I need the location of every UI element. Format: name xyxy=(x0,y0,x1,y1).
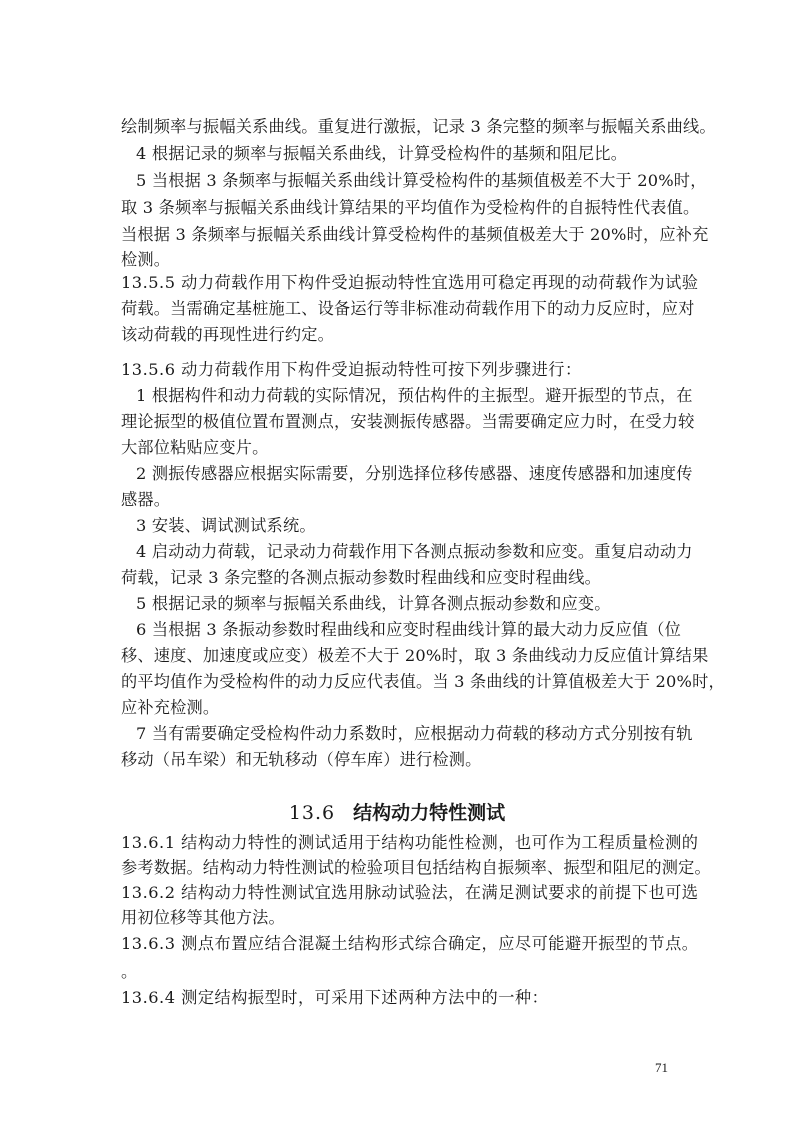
list-item-2: 2 测振传感器应根据实际需要，分别选择位移传感器、速度传感器和加速度传 xyxy=(136,464,696,484)
list-item-5: 5 当根据 3 条频率与振幅关系曲线计算受检构件的基频值极差不大于 20%时， xyxy=(136,171,696,191)
section-number: 13.6 xyxy=(289,802,335,824)
clause-13-6-3: 13.6.3 测点布置应结合混凝土结构形式综合确定，应尽可能避开振型的节点。 xyxy=(121,934,681,954)
document-page: 绘制频率与振幅关系曲线。重复进行激振，记录 3 条完整的频率与振幅关系曲线。 4… xyxy=(0,0,794,1123)
stray-punctuation: 。 xyxy=(121,962,681,982)
paragraph-line: 参考数据。结构动力特性测试的检验项目包括结构自振频率、振型和阻尼的测定。 xyxy=(121,858,681,878)
paragraph-line: 感器。 xyxy=(121,490,681,510)
section-heading: 13.6结构动力特性测试 xyxy=(0,801,794,825)
list-item-6: 6 当根据 3 条振动参数时程曲线和应变时程曲线计算的最大动力反应值（位 xyxy=(136,620,696,640)
list-item-4: 4 根据记录的频率与振幅关系曲线，计算受检构件的基频和阻尼比。 xyxy=(136,144,696,164)
paragraph-line: 荷载。当需确定基桩施工、设备运行等非标准动荷载作用下的动力反应时，应对 xyxy=(121,299,681,319)
list-item-3: 3 安装、调试测试系统。 xyxy=(136,516,696,536)
paragraph-line: 该动荷载的再现性进行约定。 xyxy=(121,325,681,345)
page-number: 71 xyxy=(655,1060,668,1076)
paragraph-line: 移动（吊车梁）和无轨移动（停车库）进行检测。 xyxy=(121,750,681,770)
paragraph-line: 绘制频率与振幅关系曲线。重复进行激振，记录 3 条完整的频率与振幅关系曲线。 xyxy=(121,117,681,137)
clause-13-5-5: 13.5.5 动力荷载作用下构件受迫振动特性宜选用可稳定再现的动荷载作为试验 xyxy=(121,273,681,293)
clause-13-6-1: 13.6.1 结构动力特性的测试适用于结构功能性检测，也可作为工程质量检测的 xyxy=(121,833,681,853)
list-item-4: 4 启动动力荷载，记录动力荷载作用下各测点振动参数和应变。重复启动动力 xyxy=(136,542,696,562)
paragraph-line: 理论振型的极值位置布置测点，安装测振传感器。当需要确定应力时，在受力较 xyxy=(121,412,681,432)
paragraph-line: 大部位粘贴应变片。 xyxy=(121,438,681,458)
section-title: 结构动力特性测试 xyxy=(353,802,505,824)
list-item-7: 7 当有需要确定受检构件动力系数时，应根据动力荷载的移动方式分别按有轨 xyxy=(136,724,696,744)
paragraph-line: 移、速度、加速度或应变）极差不大于 20%时，取 3 条曲线动力反应值计算结果 xyxy=(121,646,681,666)
list-item-1: 1 根据构件和动力荷载的实际情况，预估构件的主振型。避开振型的节点，在 xyxy=(136,386,696,406)
paragraph-line: 用初位移等其他方法。 xyxy=(121,908,681,928)
paragraph-line: 的平均值作为受检构件的动力反应代表值。当 3 条曲线的计算值极差大于 20%时， xyxy=(121,672,681,692)
paragraph-line: 检测。 xyxy=(121,250,681,270)
clause-13-6-4: 13.6.4 测定结构振型时，可采用下述两种方法中的一种： xyxy=(121,988,681,1008)
clause-13-5-6: 13.5.6 动力荷载作用下构件受迫振动特性可按下列步骤进行： xyxy=(121,360,681,380)
paragraph-line: 取 3 条频率与振幅关系曲线计算结果的平均值作为受检构件的自振特性代表值。 xyxy=(121,198,681,218)
list-item-5: 5 根据记录的频率与振幅关系曲线，计算各测点振动参数和应变。 xyxy=(136,594,696,614)
paragraph-line: 荷载，记录 3 条完整的各测点振动参数时程曲线和应变时程曲线。 xyxy=(121,568,681,588)
paragraph-line: 应补充检测。 xyxy=(121,698,681,718)
clause-13-6-2: 13.6.2 结构动力特性测试宜选用脉动试验法，在满足测试要求的前提下也可选 xyxy=(121,883,681,903)
paragraph-line: 当根据 3 条频率与振幅关系曲线计算受检构件的基频值极差大于 20%时，应补充 xyxy=(121,225,681,245)
